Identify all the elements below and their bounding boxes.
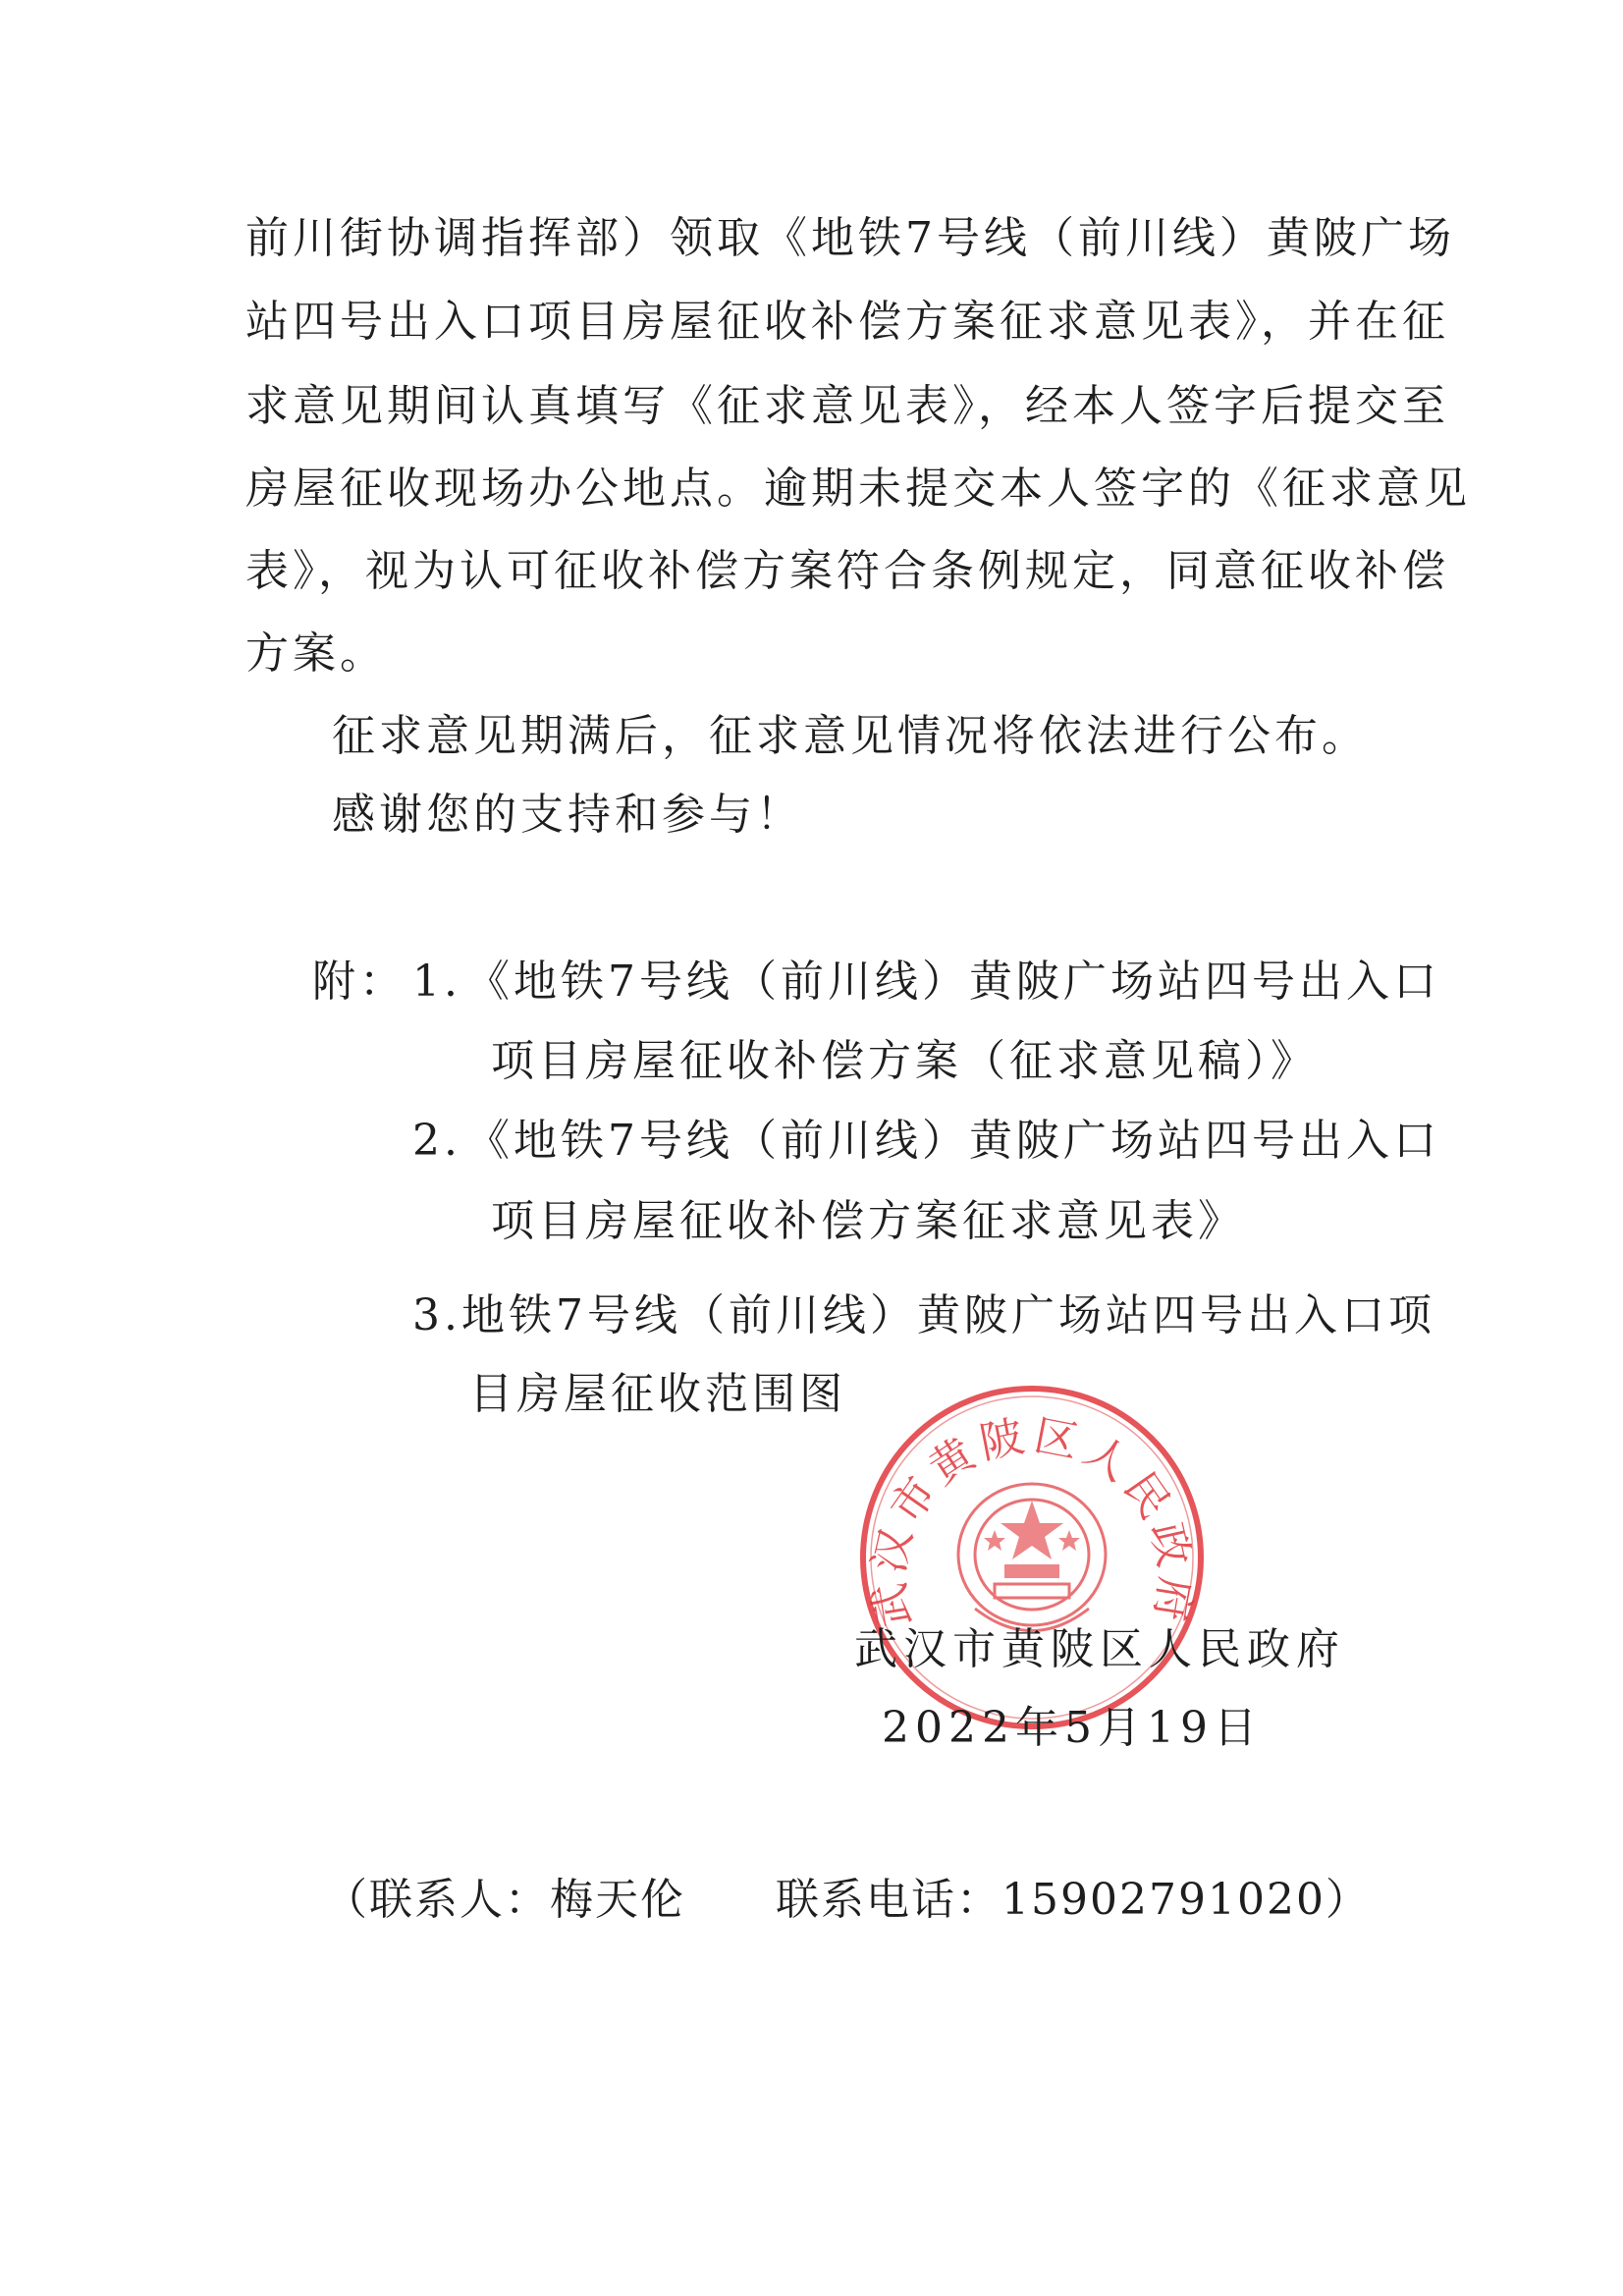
attachment-1-number: 1. (412, 953, 461, 1011)
thanks-line: 感谢您的支持和参与！ (332, 786, 803, 845)
attachment-1-line2: 项目房屋征收补偿方案（征求意见稿）》 (491, 1032, 1318, 1091)
body-line-6: 方案。 (245, 625, 387, 683)
attachment-3-line2: 目房屋征收范围图 (469, 1365, 846, 1424)
body-line-2: 站四号出入口项目房屋征收补偿方案征求意见表》，并在征 (245, 293, 1380, 352)
contact-info: （联系人：梅天伦 联系电话：15902791020） (324, 1871, 1371, 1930)
paragraph-publication-notice: 征求意见期满后，征求意见情况将依法进行公布。 (332, 707, 1369, 766)
body-line-3: 求意见期间认真填写《征求意见表》，经本人签字后提交至 (245, 377, 1380, 436)
attachment-2-number: 2. (412, 1112, 461, 1171)
body-line-4: 房屋征收现场办公地点。逾期未提交本人签字的《征求意见 (245, 460, 1380, 519)
attachment-3-line1: 地铁7号线（前川线）黄陂广场站四号出入口项 (461, 1286, 1384, 1345)
attachment-2-line1: 《地铁7号线（前川线）黄陂广场站四号出入口 (466, 1112, 1380, 1171)
body-line-5: 表》，视为认可征收补偿方案符合条例规定，同意征收补偿 (245, 542, 1380, 601)
attachments-prefix: 附： (312, 953, 406, 1011)
attachment-2-line2: 项目房屋征收补偿方案征求意见表》 (491, 1192, 1245, 1251)
attachment-1-line1: 《地铁7号线（前川线）黄陂广场站四号出入口 (466, 953, 1380, 1011)
signing-organization: 武汉市黄陂区人民政府 (854, 1620, 1345, 1679)
signing-date: 2022年5月19日 (882, 1699, 1263, 1758)
official-seal-icon: 武汉市黄陂区人民政府 (857, 1383, 1207, 1732)
attachment-3-number: 3. (412, 1286, 461, 1345)
body-line-1: 前川街协调指挥部）领取《地铁7号线（前川线）黄陂广场 (245, 209, 1380, 268)
